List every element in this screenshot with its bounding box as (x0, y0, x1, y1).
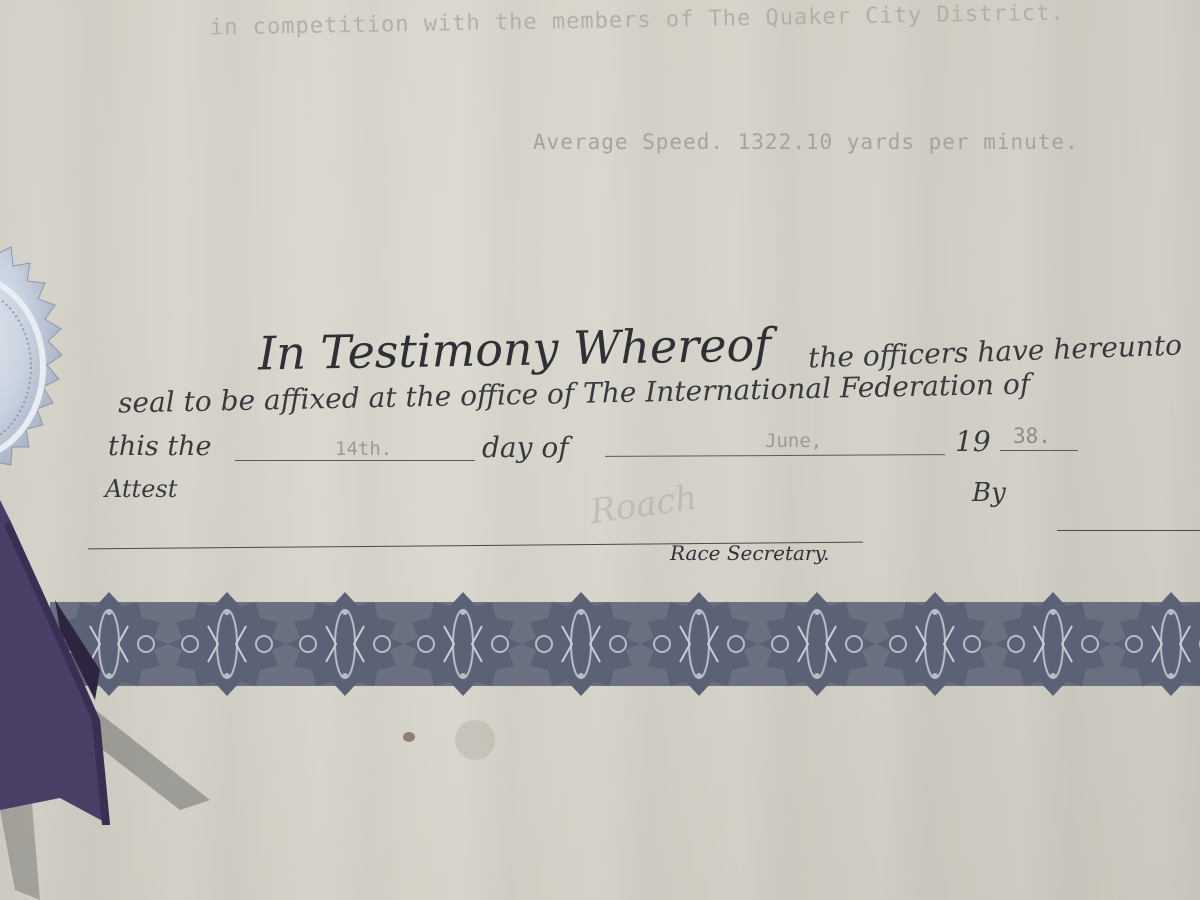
foil-seal (0, 232, 80, 502)
month-value: June, (765, 430, 822, 452)
year-underline (1000, 450, 1078, 451)
day-of-label: day of (482, 431, 569, 464)
year-value: 38. (1013, 424, 1051, 448)
race-secretary-label: Race Secretary. (670, 541, 830, 565)
month-underline (605, 454, 945, 457)
testimony-lead: In Testimony Whereof (258, 318, 772, 381)
day-value: 14th. (335, 438, 392, 460)
testimony-line2: seal to be affixed at the office of The … (118, 367, 1031, 419)
day-underline (235, 460, 475, 461)
average-speed-line: Average Speed. 1322.10 yards per minute. (533, 130, 1079, 154)
by-signature-line (1057, 530, 1200, 531)
this-the-label: this the (108, 431, 212, 462)
competition-line: in competition with the members of The Q… (210, 1, 1065, 41)
by-label: By (972, 478, 1006, 508)
paper-stain (403, 732, 415, 742)
seal-ribbon (0, 480, 220, 900)
paper-stain (455, 720, 495, 760)
ornamental-border (50, 588, 1200, 700)
attest-signature: Roach (588, 478, 700, 533)
year-prefix: 19 (955, 425, 991, 458)
